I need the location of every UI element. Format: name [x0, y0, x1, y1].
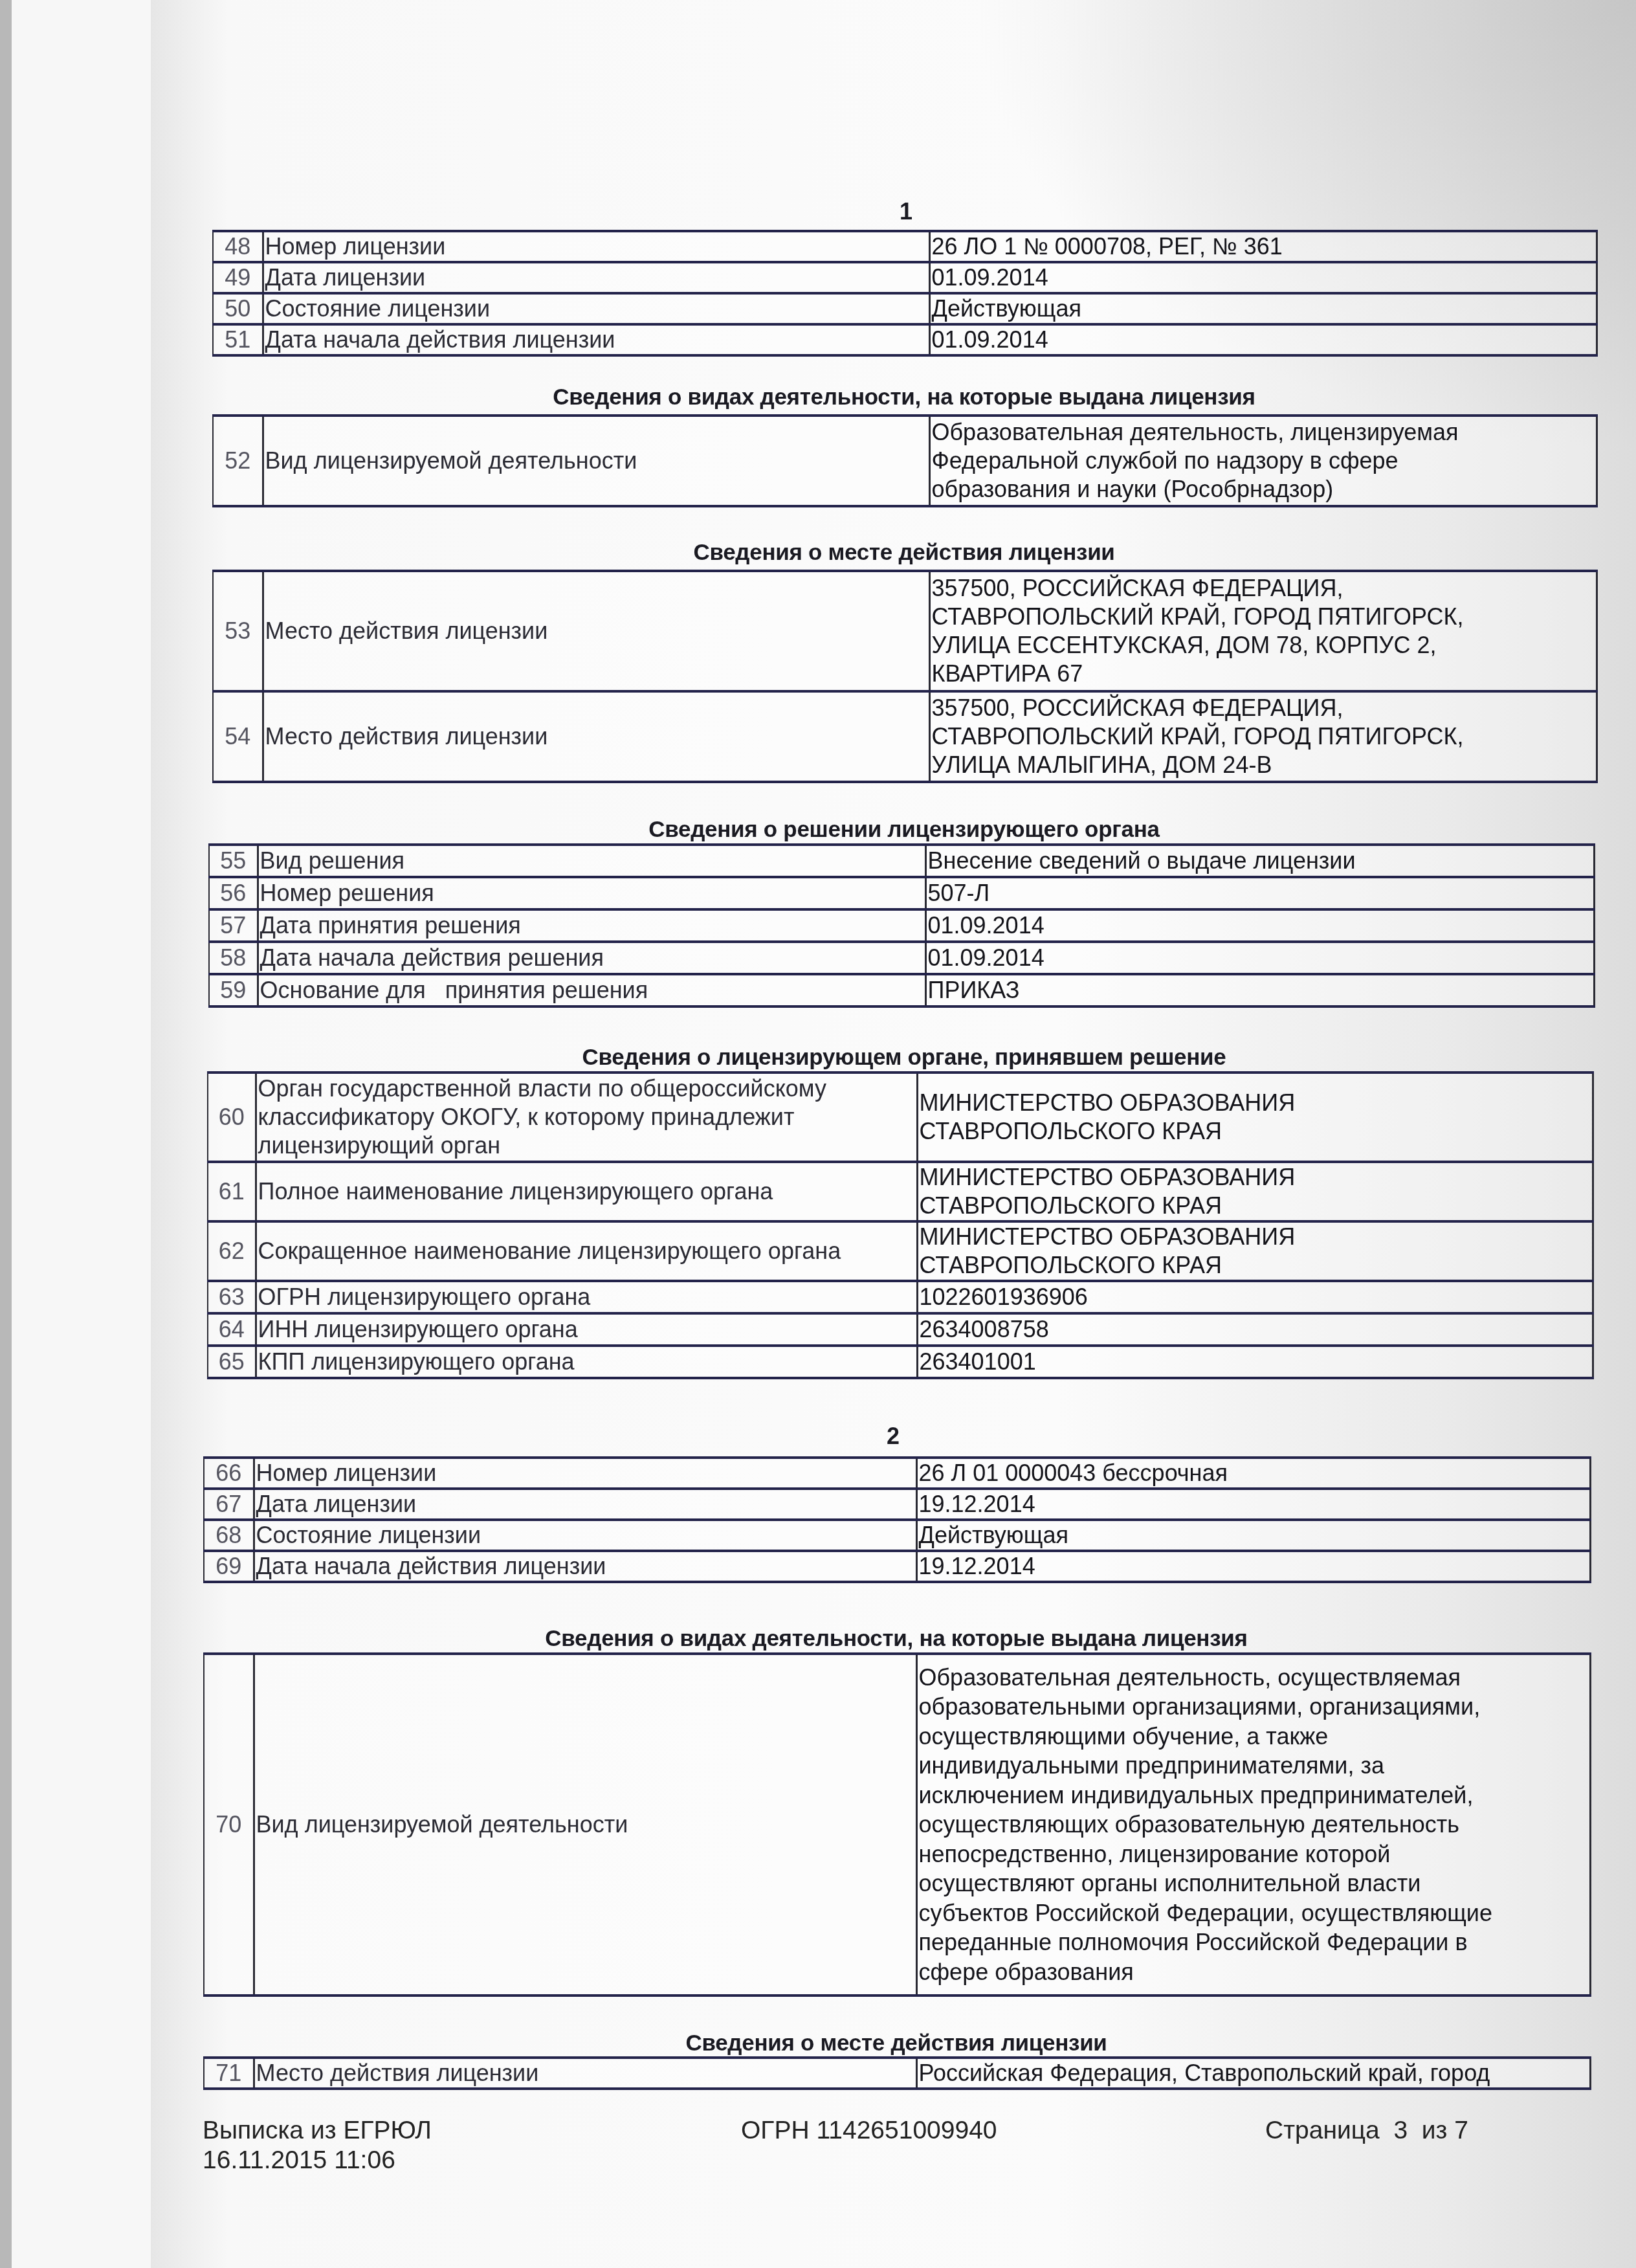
label-line: лицензирующий орган [258, 1131, 915, 1160]
section-title-decision: Сведения о решении лицензирующего органа [212, 817, 1596, 843]
field-value: 507-Л [925, 877, 1594, 909]
field-label: Дата начала действия лицензии [254, 1551, 916, 1582]
table-row: 54 Место действия лицензии 357500, РОССИ… [213, 691, 1597, 782]
value-line: Образовательная деятельность, лицензируе… [932, 418, 1595, 447]
field-value: 357500, РОССИЙСКАЯ ФЕДЕРАЦИЯ, СТАВРОПОЛЬ… [929, 571, 1597, 691]
table-row: 66 Номер лицензии 26 Л 01 0000043 бессро… [204, 1458, 1590, 1489]
value-line: СТАВРОПОЛЬСКИЙ КРАЙ, ГОРОД ПЯТИГОРСК, [932, 603, 1595, 631]
value-line: Федеральной службой по надзору в сфере [932, 447, 1595, 475]
value-line: осуществляют органы исполнительной власт… [919, 1869, 1588, 1898]
value-line: образования и науки (Рособрнадзор) [932, 475, 1595, 504]
table-row: 53 Место действия лицензии 357500, РОССИ… [213, 571, 1597, 691]
row-number: 49 [213, 262, 263, 293]
section-title-place: Сведения о месте действия лицензии [203, 2030, 1589, 2056]
row-number: 68 [204, 1520, 254, 1551]
value-line: УЛИЦА ЕССЕНТУКСКАЯ, ДОМ 78, КОРПУС 2, [932, 631, 1595, 660]
value-line: 357500, РОССИЙСКАЯ ФЕДЕРАЦИЯ, [932, 574, 1595, 603]
license-table-1: 48 Номер лицензии 26 ЛО 1 № 0000708, РЕГ… [212, 230, 1598, 357]
activity-table-1: 52 Вид лицензируемой деятельности Образо… [212, 414, 1598, 507]
row-number: 64 [208, 1313, 256, 1346]
table-row: 60 Орган государственной власти по общер… [208, 1073, 1593, 1162]
field-label: Номер лицензии [263, 231, 929, 262]
field-value: 19.12.2014 [916, 1551, 1590, 1582]
field-label: Дата начала действия решения [258, 942, 925, 974]
row-number: 70 [204, 1654, 254, 1996]
field-label: Дата начала действия лицензии [263, 324, 929, 355]
field-label: Номер лицензии [254, 1458, 916, 1489]
field-value: 01.09.2014 [925, 942, 1594, 974]
value-line: СТАВРОПОЛЬСКОГО КРАЯ [920, 1192, 1591, 1220]
license-group-number: 1 [867, 198, 945, 225]
value-line: непосредственно, лицензирование которой [919, 1840, 1588, 1869]
scan-edge [0, 0, 12, 2268]
section-title-activity: Сведения о видах деятельности, на которы… [212, 384, 1596, 410]
field-value: 26 ЛО 1 № 0000708, РЕГ, № 361 [929, 231, 1597, 262]
field-value: Действующая [916, 1520, 1590, 1551]
table-row: 59 Основание для принятия решения ПРИКАЗ [209, 974, 1594, 1006]
row-number: 53 [213, 571, 263, 691]
row-number: 61 [208, 1162, 256, 1221]
label-line: классификатору ОКОГУ, к которому принадл… [258, 1103, 915, 1131]
table-row: 68 Состояние лицензии Действующая [204, 1520, 1590, 1551]
row-number: 59 [209, 974, 258, 1006]
field-label: Сокращенное наименование лицензирующего … [256, 1221, 917, 1281]
field-value: 01.09.2014 [925, 909, 1594, 942]
value-line: 357500, РОССИЙСКАЯ ФЕДЕРАЦИЯ, [932, 694, 1595, 722]
value-line: МИНИСТЕРСТВО ОБРАЗОВАНИЯ [920, 1089, 1591, 1117]
table-row: 51 Дата начала действия лицензии 01.09.2… [213, 324, 1597, 355]
field-label: Основание для принятия решения [258, 974, 925, 1006]
value-line: субъектов Российской Федерации, осуществ… [919, 1898, 1588, 1928]
value-line: образовательными организациями, организа… [919, 1692, 1588, 1722]
value-line: переданные полномочия Российской Федерац… [919, 1928, 1588, 1957]
field-label: Полное наименование лицензирующего орган… [256, 1162, 917, 1221]
table-row: 55 Вид решения Внесение сведений о выдач… [209, 845, 1594, 877]
field-label: Место действия лицензии [263, 691, 929, 782]
value-line: СТАВРОПОЛЬСКИЙ КРАЙ, ГОРОД ПЯТИГОРСК, [932, 722, 1595, 751]
table-row: 62 Сокращенное наименование лицензирующе… [208, 1221, 1593, 1281]
field-value: 357500, РОССИЙСКАЯ ФЕДЕРАЦИЯ, СТАВРОПОЛЬ… [929, 691, 1597, 782]
row-number: 66 [204, 1458, 254, 1489]
table-row: 56 Номер решения 507-Л [209, 877, 1594, 909]
row-number: 67 [204, 1489, 254, 1520]
value-line: МИНИСТЕРСТВО ОБРАЗОВАНИЯ [920, 1163, 1591, 1192]
table-row: 48 Номер лицензии 26 ЛО 1 № 0000708, РЕГ… [213, 231, 1597, 262]
value-line: УЛИЦА МАЛЫГИНА, ДОМ 24-В [932, 751, 1595, 779]
row-number: 65 [208, 1346, 256, 1378]
field-value: 01.09.2014 [929, 262, 1597, 293]
field-value: 263401001 [917, 1346, 1593, 1378]
place-table-1: 53 Место действия лицензии 357500, РОССИ… [212, 570, 1598, 783]
field-label: Состояние лицензии [263, 293, 929, 324]
table-row: 63 ОГРН лицензирующего органа 1022601936… [208, 1281, 1593, 1313]
field-value: ПРИКАЗ [925, 974, 1594, 1006]
row-number: 52 [213, 416, 263, 506]
field-label: Состояние лицензии [254, 1520, 916, 1551]
field-label: Орган государственной власти по общеросс… [256, 1073, 917, 1162]
place-table-2: 71 Место действия лицензии Российская Фе… [203, 2056, 1591, 2090]
section-title-activity: Сведения о видах деятельности, на которы… [203, 1626, 1589, 1652]
section-title-place: Сведения о месте действия лицензии [212, 540, 1596, 566]
table-row: 69 Дата начала действия лицензии 19.12.2… [204, 1551, 1590, 1582]
field-value: Образовательная деятельность, лицензируе… [929, 416, 1597, 506]
table-row: 50 Состояние лицензии Действующая [213, 293, 1597, 324]
decision-table: 55 Вид решения Внесение сведений о выдач… [208, 843, 1595, 1008]
row-number: 50 [213, 293, 263, 324]
value-line: СТАВРОПОЛЬСКОГО КРАЯ [920, 1251, 1591, 1280]
table-row: 61 Полное наименование лицензирующего ор… [208, 1162, 1593, 1221]
field-label: Место действия лицензии [254, 2058, 916, 2089]
value-line: СТАВРОПОЛЬСКОГО КРАЯ [920, 1117, 1591, 1146]
table-row: 49 Дата лицензии 01.09.2014 [213, 262, 1597, 293]
footer-datetime: 16.11.2015 11:06 [203, 2146, 395, 2175]
field-label: Дата принятия решения [258, 909, 925, 942]
row-number: 69 [204, 1551, 254, 1582]
row-number: 58 [209, 942, 258, 974]
table-row: 58 Дата начала действия решения 01.09.20… [209, 942, 1594, 974]
authority-table: 60 Орган государственной власти по общер… [207, 1071, 1594, 1379]
field-label: Дата лицензии [254, 1489, 916, 1520]
field-value: Действующая [929, 293, 1597, 324]
section-title-authority: Сведения о лицензирующем органе, принявш… [212, 1045, 1596, 1071]
field-value: 1022601936906 [917, 1281, 1593, 1313]
value-line: осуществляющими обучение, а также [919, 1722, 1588, 1751]
row-number: 62 [208, 1221, 256, 1281]
field-value: МИНИСТЕРСТВО ОБРАЗОВАНИЯ СТАВРОПОЛЬСКОГО… [917, 1073, 1593, 1162]
row-number: 55 [209, 845, 258, 877]
field-label: Номер решения [258, 877, 925, 909]
field-label: ОГРН лицензирующего органа [256, 1281, 917, 1313]
label-line: Орган государственной власти по общеросс… [258, 1074, 915, 1103]
table-row: 71 Место действия лицензии Российская Фе… [204, 2058, 1590, 2089]
value-line: осуществляющих образовательную деятельно… [919, 1810, 1588, 1840]
row-number: 54 [213, 691, 263, 782]
value-line: Образовательная деятельность, осуществля… [919, 1663, 1588, 1693]
field-label: ИНН лицензирующего органа [256, 1313, 917, 1346]
value-line: индивидуальными предпринимателями, за [919, 1751, 1588, 1781]
field-label: КПП лицензирующего органа [256, 1346, 917, 1378]
field-value: МИНИСТЕРСТВО ОБРАЗОВАНИЯ СТАВРОПОЛЬСКОГО… [917, 1221, 1593, 1281]
row-number: 51 [213, 324, 263, 355]
value-line: исключением индивидуальных предпринимате… [919, 1781, 1588, 1810]
field-value: Образовательная деятельность, осуществля… [916, 1654, 1590, 1996]
field-value: 26 Л 01 0000043 бессрочная [916, 1458, 1590, 1489]
value-line: КВАРТИРА 67 [932, 660, 1595, 688]
value-line: МИНИСТЕРСТВО ОБРАЗОВАНИЯ [920, 1223, 1591, 1251]
table-row: 57 Дата принятия решения 01.09.2014 [209, 909, 1594, 942]
field-label: Место действия лицензии [263, 571, 929, 691]
field-value: Российская Федерация, Ставропольский кра… [916, 2058, 1590, 2089]
field-value: 01.09.2014 [929, 324, 1597, 355]
table-row: 64 ИНН лицензирующего органа 2634008758 [208, 1313, 1593, 1346]
table-row: 67 Дата лицензии 19.12.2014 [204, 1489, 1590, 1520]
value-line: сфере образования [919, 1957, 1588, 1987]
field-label: Вид лицензируемой деятельности [254, 1654, 916, 1996]
footer-doc-name: Выписка из ЕГРЮЛ [203, 2117, 432, 2145]
row-number: 63 [208, 1281, 256, 1313]
field-label: Вид лицензируемой деятельности [263, 416, 929, 506]
footer-ogrn: ОГРН 1142651009940 [741, 2117, 997, 2145]
row-number: 60 [208, 1073, 256, 1162]
row-number: 48 [213, 231, 263, 262]
table-row: 52 Вид лицензируемой деятельности Образо… [213, 416, 1597, 506]
row-number: 56 [209, 877, 258, 909]
field-value: МИНИСТЕРСТВО ОБРАЗОВАНИЯ СТАВРОПОЛЬСКОГО… [917, 1162, 1593, 1221]
activity-table-2: 70 Вид лицензируемой деятельности Образо… [203, 1652, 1591, 1997]
field-value: Внесение сведений о выдаче лицензии [925, 845, 1594, 877]
license-group-number: 2 [854, 1423, 932, 1450]
table-row: 70 Вид лицензируемой деятельности Образо… [204, 1654, 1590, 1996]
field-label: Дата лицензии [263, 262, 929, 293]
field-label: Вид решения [258, 845, 925, 877]
table-row: 65 КПП лицензирующего органа 263401001 [208, 1346, 1593, 1378]
row-number: 57 [209, 909, 258, 942]
field-value: 19.12.2014 [916, 1489, 1590, 1520]
scan-margin [12, 0, 151, 2268]
license-table-2: 66 Номер лицензии 26 Л 01 0000043 бессро… [203, 1456, 1591, 1583]
field-value: 2634008758 [917, 1313, 1593, 1346]
footer-page-number: Страница 3 из 7 [1265, 2117, 1468, 2145]
row-number: 71 [204, 2058, 254, 2089]
